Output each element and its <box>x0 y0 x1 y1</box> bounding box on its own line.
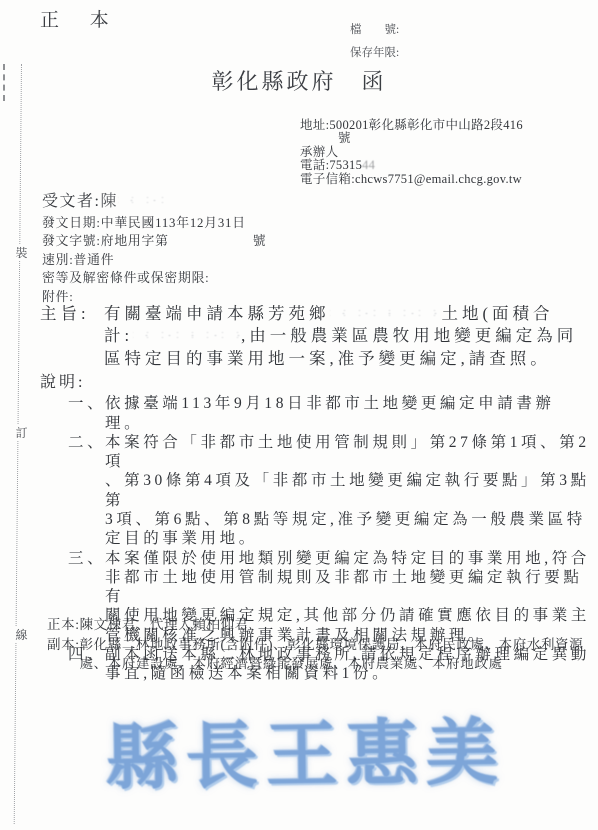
retention-period-label: 保存年限: <box>350 44 399 60</box>
issue-date-line: 發文日期:中華民國113年12月31日 <box>42 214 266 232</box>
item-number: 二、 <box>68 433 105 549</box>
doc-number-suffix: 號 <box>253 234 267 248</box>
explanation-item-2: 二、 本案符合「非都市土地使用管制規則」第27條第1項、第2項 、第30條第4項… <box>40 433 590 549</box>
subject-redacted-area <box>133 330 241 341</box>
item-number: 一、 <box>68 394 105 433</box>
original-recipients-row: 正本: 陳文棟君、代理人賴柏仰君 <box>47 615 583 635</box>
subject-label: 主旨: <box>40 303 104 370</box>
sender-email: 電子信箱:chcws7751@email.chcg.gov.tw <box>300 173 523 186</box>
item-text: 依據臺端113年9月18日非都市土地變更編定申請書辦理。 <box>105 394 590 433</box>
cc-label: 副本: <box>47 635 80 674</box>
explanation-label: 說明: <box>40 372 590 394</box>
doc-number-line: 發文字號:府地用字第號 <box>42 232 266 250</box>
subject-line2-pre: 計: <box>104 326 133 345</box>
binding-dotted-line <box>14 64 22 824</box>
sender-contact-block: 地址:500201彰化縣彰化市中山路2段416 號 承辦人 電話:7531544… <box>300 119 523 186</box>
phone-number-faded: 44 <box>362 158 375 172</box>
binding-char-ding: 訂 <box>13 424 30 441</box>
sender-address-line1: 地址:500201彰化縣彰化市中山路2段416 <box>300 119 523 132</box>
recipient-name-redacted <box>118 195 176 206</box>
doc-number-prefix: 發文字號:府地用字第 <box>42 234 169 248</box>
document-metadata: 發文日期:中華民國113年12月31日 發文字號:府地用字第號 速別:普通件 密… <box>42 214 266 306</box>
sender-officer-label: 承辦人 <box>300 146 523 159</box>
phone-number: 75315 <box>329 158 362 172</box>
sender-phone-line: 電話:7531544 <box>300 159 523 172</box>
binding-char-xian: 線 <box>13 626 30 643</box>
binding-char-zhuang: 裝 <box>13 244 30 261</box>
recipient-line: 受文者:陳 <box>42 188 176 211</box>
file-number-label: 檔 號: <box>350 21 399 37</box>
subject-text: 有關臺端申請本縣芳苑鄉土地(面積合計:,由一般農業區農牧用地變更編定為同 區特定… <box>104 303 590 370</box>
recipient-name-partial: 陳 <box>100 193 118 210</box>
subject-line1-post: 土地(面積合 <box>442 304 554 323</box>
cc-recipients: 彰化縣二林地政事務所(含附件)、彰化縣環境保護局、本府民政處、本府水利資源 處、… <box>80 635 584 674</box>
scanned-official-letter: 裝 訂 線 正 本 檔 號: 保存年限: 彰化縣政府 函 地址:500201彰化… <box>0 0 598 830</box>
copy-type-label: 正 本 <box>40 5 122 32</box>
magistrate-signature-stamp: 縣長王惠美 <box>13 706 598 806</box>
phone-label: 電話: <box>300 158 329 172</box>
cc-recipients-row: 副本: 彰化縣二林地政事務所(含附件)、彰化縣環境保護局、本府民政處、本府水利資… <box>47 635 583 674</box>
file-reference-block: 檔 號: 保存年限: <box>350 21 399 67</box>
subject-section: 主旨: 有關臺端申請本縣芳苑鄉土地(面積合計:,由一般農業區農牧用地變更編定為同… <box>40 303 590 370</box>
original-label: 正本: <box>47 615 80 635</box>
subject-redacted-parcel <box>330 308 442 319</box>
recipient-label: 受文者: <box>42 193 100 210</box>
speed-class-line: 速別:普通件 <box>42 251 266 269</box>
security-class-line: 密等及解密條件或保密期限: <box>42 269 266 287</box>
original-recipients: 陳文棟君、代理人賴柏仰君 <box>80 615 584 635</box>
sender-address-line2: 號 <box>300 132 523 145</box>
subject-line1-pre: 有關臺端申請本縣芳苑鄉 <box>104 304 330 323</box>
document-title: 彰化縣政府 函 <box>0 65 598 96</box>
explanation-item-1: 一、 依據臺端113年9月18日非都市土地變更編定申請書辦理。 <box>40 394 590 433</box>
item-text: 本案符合「非都市土地使用管制規則」第27條第1項、第2項 、第30條第4項及「非… <box>105 433 590 549</box>
distribution-block: 正本: 陳文棟君、代理人賴柏仰君 副本: 彰化縣二林地政事務所(含附件)、彰化縣… <box>47 615 583 674</box>
